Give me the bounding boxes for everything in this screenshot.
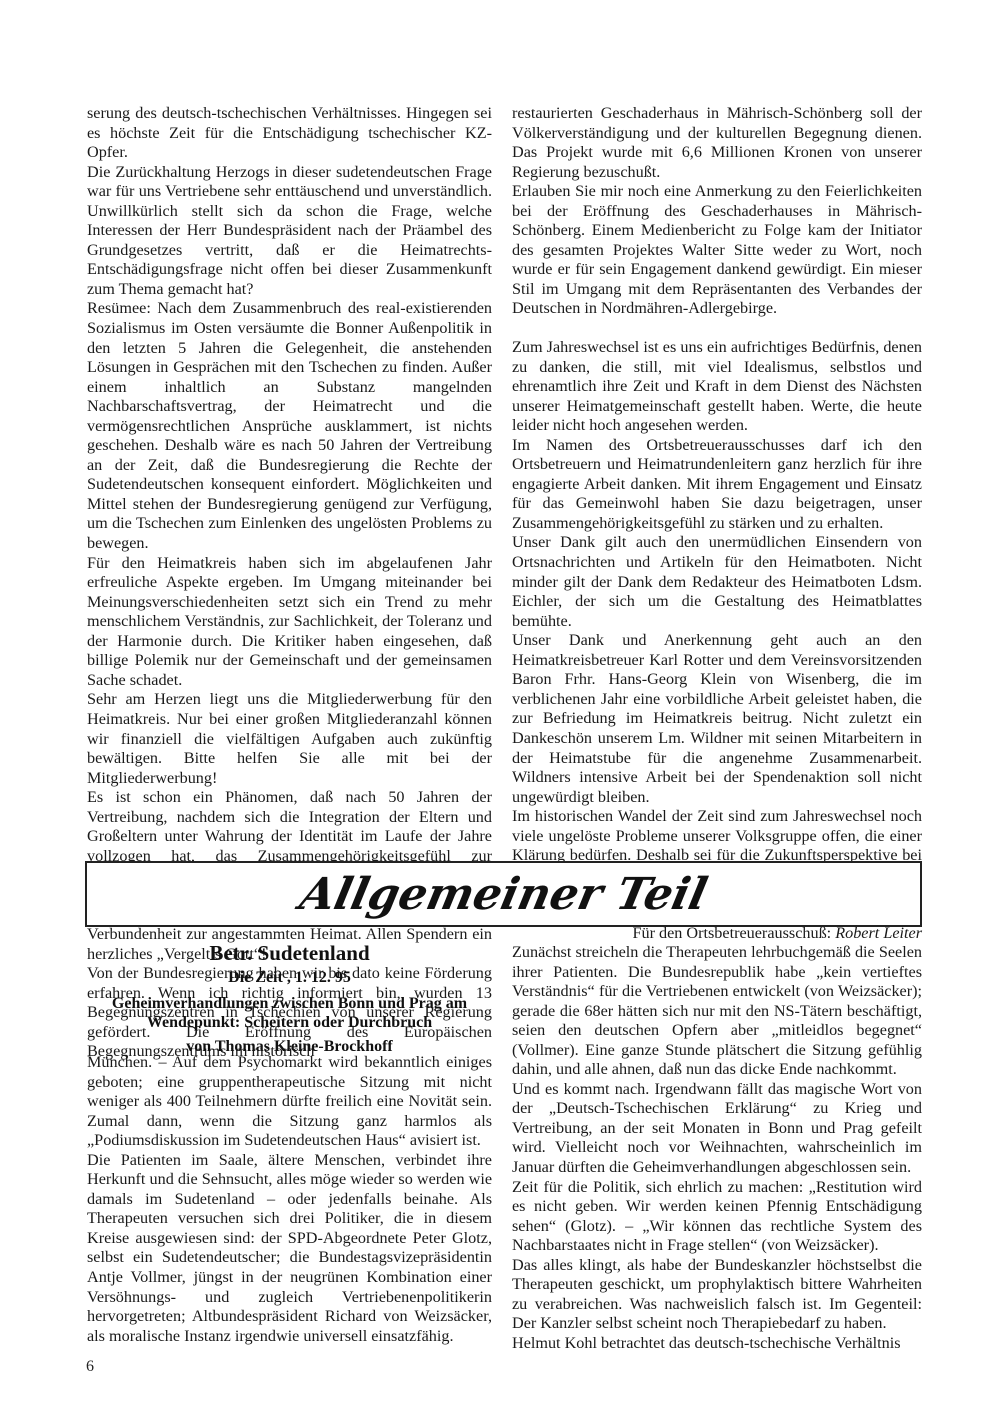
paragraph: Helmut Kohl betrachtet das deutsch-tsche… bbox=[512, 1334, 922, 1354]
paragraph: München. – Auf dem Psychomarkt wird beka… bbox=[87, 1053, 492, 1151]
paragraph: Resümee: Nach dem Zusammenbruch des real… bbox=[87, 299, 492, 553]
paragraph: Und es kommt nach. Irgendwann fällt das … bbox=[512, 1080, 922, 1178]
paragraph: restaurierten Geschaderhaus in Mährisch-… bbox=[512, 104, 922, 182]
paragraph: Unser Dank gilt auch den unermüdlichen E… bbox=[512, 533, 922, 631]
paragraph: Im Namen des Ortsbetreuerausschusses dar… bbox=[512, 436, 922, 534]
paragraph: Das alles klingt, als habe der Bundeskan… bbox=[512, 1256, 922, 1334]
article-headline-line1: Geheimverhandlungen zwischen Bonn und Pr… bbox=[87, 994, 492, 1013]
paragraph: serung des deutsch-tschechischen Verhält… bbox=[87, 104, 492, 163]
article-headline-line2: Wendepunkt: Scheitern oder Durchbruch bbox=[87, 1013, 492, 1032]
paragraph: Die Zurückhaltung Herzogs in dieser sude… bbox=[87, 163, 492, 300]
paragraph: Zunächst streicheln die Therapeuten lehr… bbox=[512, 943, 922, 1080]
page-number: 6 bbox=[86, 1358, 94, 1376]
paragraph: Zeit für die Politik, sich ehrlich zu ma… bbox=[512, 1178, 922, 1256]
article-right-column: Zunächst streicheln die Therapeuten lehr… bbox=[512, 943, 922, 1353]
signature-name: Robert Leiter bbox=[835, 924, 922, 942]
article-left-column: München. – Auf dem Psychomarkt wird beka… bbox=[87, 1053, 492, 1346]
top-right-column: restaurierten Geschaderhaus in Mährisch-… bbox=[512, 104, 922, 944]
paragraph: Die Patienten im Saale, ältere Menschen,… bbox=[87, 1151, 492, 1346]
article-header: Betr. Sudetenland Die Zeit , 1. 12. 95 G… bbox=[87, 940, 492, 1057]
article-source: Die Zeit , 1. 12. 95 bbox=[87, 968, 492, 988]
signature: Für den Ortsbetreuerausschuß: Robert Lei… bbox=[512, 924, 922, 944]
section-banner-title: Allgemeiner Teil bbox=[81, 867, 926, 923]
paragraph: Unser Dank und Anerkennung geht auch an … bbox=[512, 631, 922, 807]
paragraph: Für den Heimatkreis haben sich im abgela… bbox=[87, 554, 492, 691]
paragraph: Zum Jahreswechsel ist es uns ein aufrich… bbox=[512, 338, 922, 436]
signature-label: Für den Ortsbetreuerausschuß: bbox=[632, 924, 831, 942]
article-heading: Betr. Sudetenland bbox=[87, 940, 492, 966]
section-banner: Allgemeiner Teil bbox=[85, 861, 922, 927]
paragraph: Sehr am Herzen liegt uns die Mitgliederw… bbox=[87, 690, 492, 788]
paragraph: Erlauben Sie mir noch eine Anmerkung zu … bbox=[512, 182, 922, 319]
